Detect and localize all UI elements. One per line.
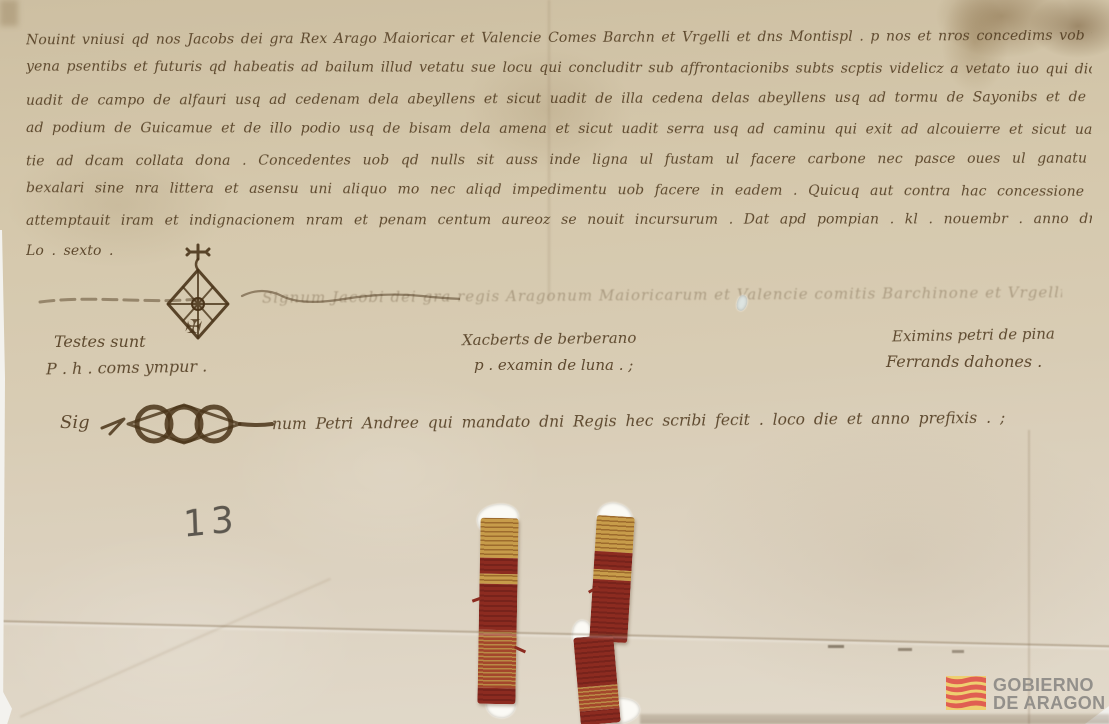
ribbon-faded-gold-band: [478, 630, 517, 689]
manuscript-line: attemptauit iram et indignacionem nram e…: [26, 211, 1092, 243]
scribe-subscription-line: num Petri Andree qui mandato dni Regis h…: [272, 409, 1005, 433]
scan-background-edge-left: [0, 230, 5, 724]
seal-ribbon-left: [477, 518, 518, 705]
manuscript-line: tie ad dcam collata dona . Concedentes u…: [26, 150, 1092, 183]
ribbon-red-band: [580, 708, 621, 724]
ribbon-faded-gold-band: [578, 684, 620, 711]
witness-name: Xacberts de berberano: [462, 329, 637, 349]
ribbon-gold-band: [480, 518, 519, 559]
seal-ribbon-right-upper: [589, 515, 635, 643]
scan-background-corner-bottom-left: [0, 686, 12, 724]
manuscript-line: yena psentibs et futuris qd habeatis ad …: [26, 59, 1092, 92]
crease-speck: [828, 645, 844, 648]
seal-ribbon-right-lower: [573, 634, 621, 724]
manuscript-line: Nouint vniusi qd nos Jacobs dei gra Rex …: [26, 30, 1092, 63]
parchment-charter-photo: Nouint vniusi qd nos Jacobs dei gra Rex …: [0, 0, 1109, 724]
ribbon-red-band: [594, 551, 633, 571]
parchment-top-left-shadow: [0, 0, 18, 26]
logo-line-2: DE ARAGON: [993, 694, 1106, 712]
cross-pattee-icon: ✠: [184, 316, 200, 338]
signum-flourish-strokes: [30, 282, 460, 318]
aragon-flag-icon: [946, 676, 986, 710]
manuscript-line: ad podium de Guicamue et de illo podio u…: [26, 120, 1092, 152]
ribbon-red-band: [480, 558, 518, 575]
ribbon-gold-band: [479, 574, 517, 585]
ribbon-red-band: [573, 634, 617, 687]
manuscript-line: bexalari sine nra littera et asensu uni …: [26, 180, 1092, 214]
witness-heading: Testes sunt: [54, 332, 146, 351]
logo-text: GOBIERNO DE ARAGON: [993, 676, 1106, 711]
manuscript-line: uadit de campo de alfauri usq ad cedenam…: [26, 89, 1092, 123]
gobierno-aragon-logo: GOBIERNO DE ARAGON: [946, 676, 1109, 711]
crease-speck: [952, 650, 964, 653]
manuscript-text-block: Nouint vniusi qd nos Jacobs dei gra Rex …: [26, 30, 1092, 273]
notarial-knot-icon: [96, 398, 274, 450]
witness-name: P . h . coms ympur .: [46, 357, 208, 379]
logo-line-1: GOBIERNO: [993, 676, 1106, 694]
parchment-bottom-edge-shadow: [640, 714, 1109, 724]
ribbon-red-band: [479, 584, 518, 631]
witness-name: Eximins petri de pina: [892, 325, 1055, 346]
ribbon-red-band: [477, 688, 515, 705]
crease-speck: [898, 648, 912, 651]
crease-diagonal-bottom-left: [20, 578, 331, 718]
ribbon-gold-band: [595, 515, 635, 553]
fold-line-horizontal: [0, 620, 1109, 648]
scribe-sig-prefix: Sig: [60, 412, 90, 433]
witness-name: p . examin de luna . ;: [474, 356, 633, 374]
archival-number-pencil: 13: [182, 499, 239, 546]
witness-name: Ferrands dahones .: [886, 352, 1042, 371]
